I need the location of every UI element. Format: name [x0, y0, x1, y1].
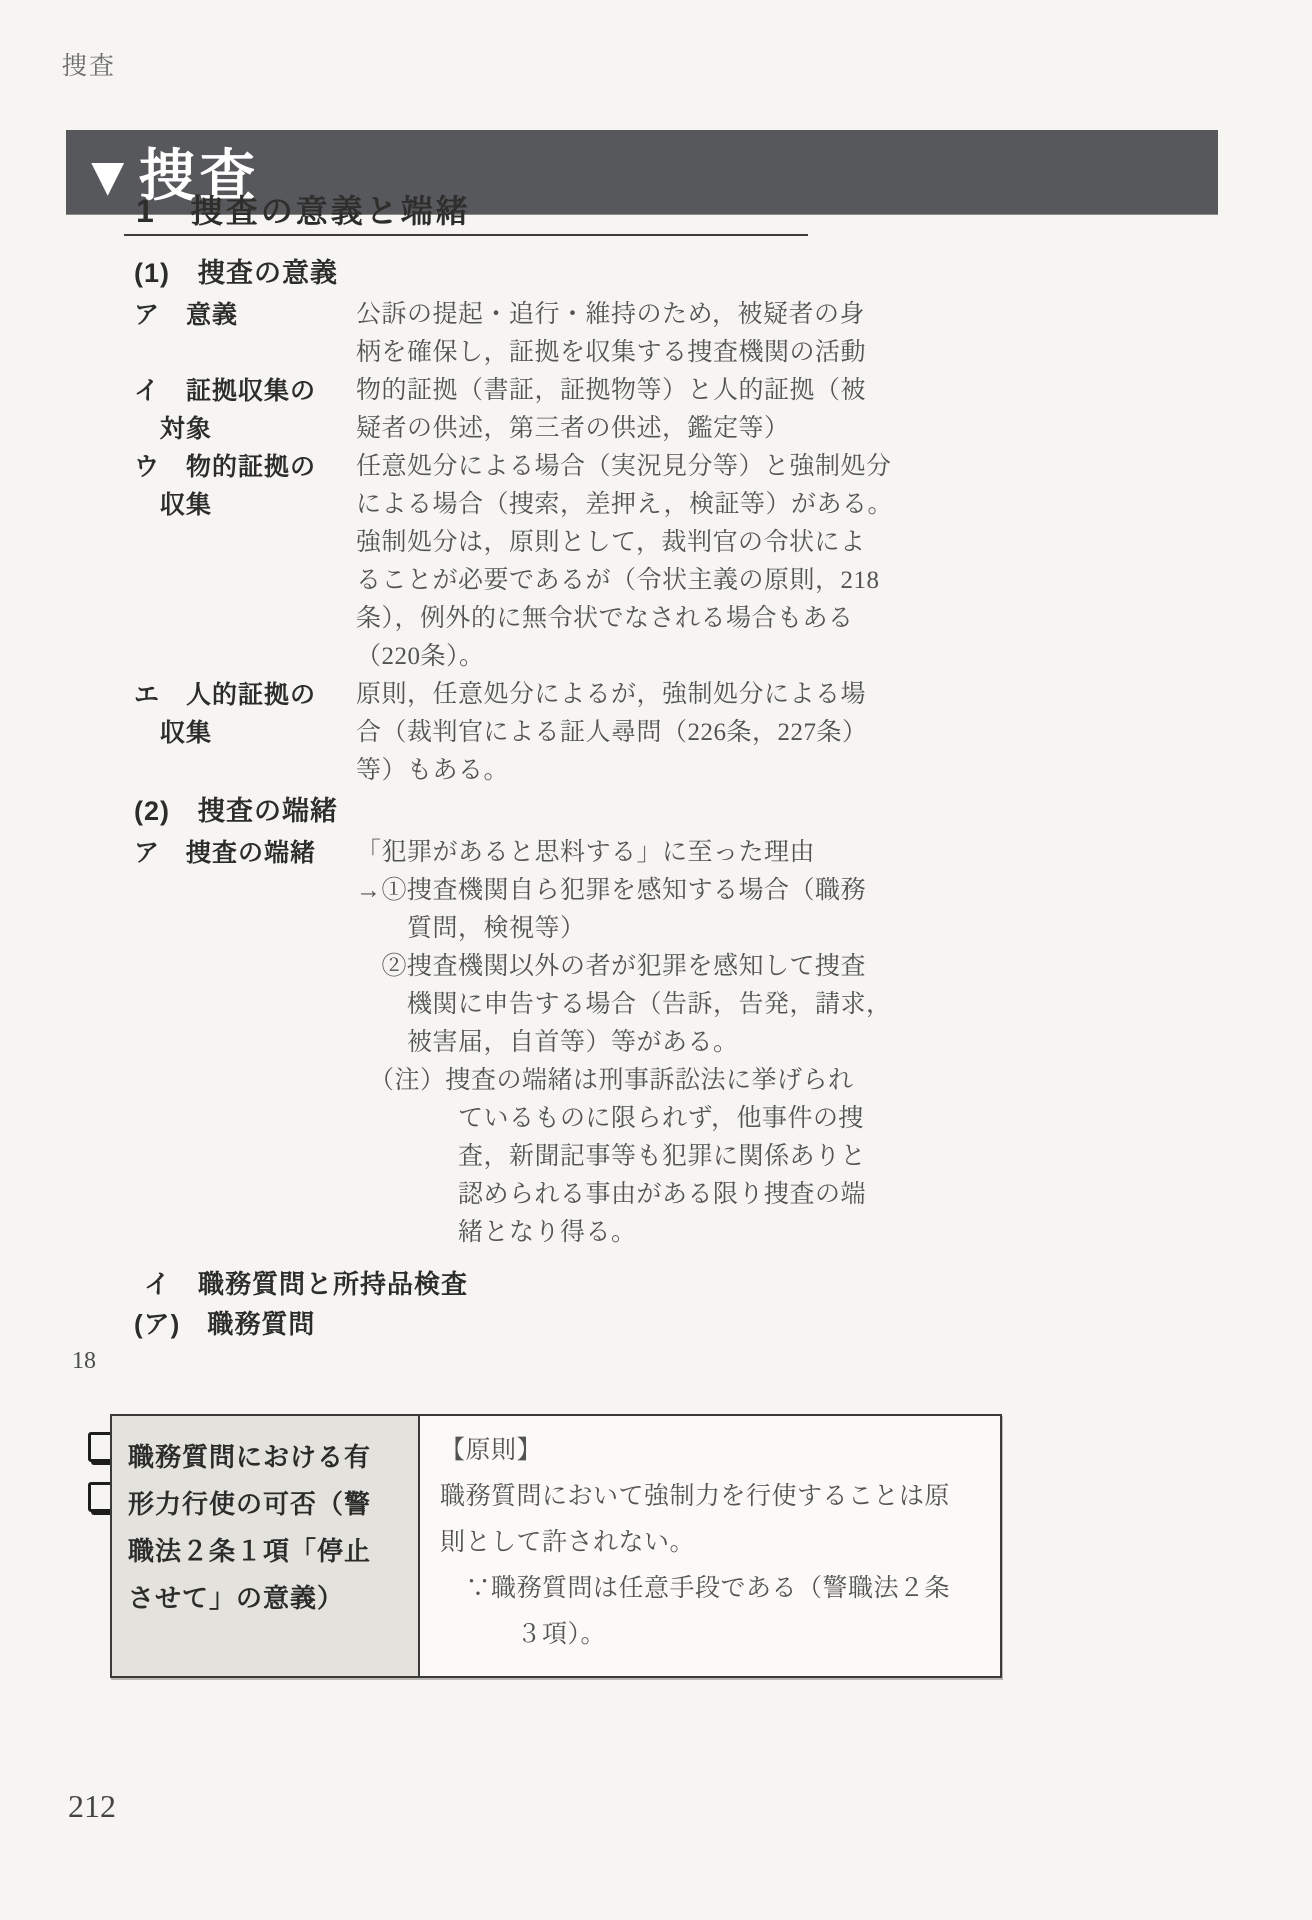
text-line: による場合（捜索，差押え，検証等）がある。: [356, 486, 1010, 524]
section-number: 1: [136, 193, 157, 229]
row-body: 物的証拠（書証，証拠物等）と人的証拠（被疑者の供述，第三者の供述，鑑定等）: [356, 372, 1010, 448]
text-line: 形力行使の可否（警: [128, 1481, 406, 1528]
text-line: 機関に申告する場合（告訴，告発，請求，: [356, 986, 1010, 1024]
text-line: 職務質問において強制力を行使することは原: [440, 1474, 984, 1520]
text-line: ３項）。: [440, 1612, 984, 1658]
item-heading-shokumu-shitsumon: イ 職務質問と所持品検査: [144, 1264, 1010, 1304]
book-page: 捜査 ▼捜査 1捜査の意義と端緒 (1) 捜査の意義 ア 意義 公訴の提起・追行…: [0, 0, 1312, 1920]
row-body: 「犯罪があると思料する」に至った理由→①捜査機関自ら犯罪を感知する場合（職務 質…: [356, 834, 1010, 1252]
text-line: 合（裁判官による証人尋問（226条，227条）: [356, 714, 1010, 752]
text-line: ア 捜査の端緒: [134, 834, 356, 872]
text-line: エ 人的証拠の: [134, 676, 356, 714]
text-line: →①捜査機関自ら犯罪を感知する場合（職務: [356, 872, 1010, 910]
section-title: 捜査の意義と端緒: [191, 193, 471, 229]
text-line: 条），例外的に無令状でなされる場合もある: [356, 600, 1010, 638]
row-label: ア 意義: [134, 296, 356, 334]
text-line: 「犯罪があると思料する」に至った理由: [356, 834, 1010, 872]
text-line: 認められる事由がある限り捜査の端: [356, 1176, 1010, 1214]
text-line: 職務質問における有: [128, 1434, 406, 1481]
text-line: 査，新聞記事等も犯罪に関係ありと: [356, 1138, 1010, 1176]
running-header: 捜査: [62, 46, 116, 82]
text-line: 質問，検視等）: [356, 910, 1010, 948]
section-heading-underline: [124, 234, 808, 236]
row-label: イ 証拠収集の 対象: [134, 372, 356, 448]
subsection-heading-2: (2) 捜査の端緒: [134, 792, 1010, 830]
subsection-heading-1: (1) 捜査の意義: [134, 254, 1010, 292]
text-line: ているものに限られず，他事件の捜: [356, 1100, 1010, 1138]
row-body: 公訴の提起・追行・維持のため，被疑者の身柄を確保し，証拠を収集する捜査機関の活動: [356, 296, 1010, 372]
section-heading: 1捜査の意義と端緒: [136, 186, 471, 232]
row-body: 原則，任意処分によるが，強制処分による場合（裁判官による証人尋問（226条，22…: [356, 676, 1010, 790]
text-line: 物的証拠（書証，証拠物等）と人的証拠（被: [356, 372, 1010, 410]
text-line: ることが必要であるが（令状主義の原則，218: [356, 562, 1010, 600]
text-line: 柄を確保し，証拠を収集する捜査機関の活動: [356, 334, 1010, 372]
text-line: 対象: [134, 410, 356, 448]
outline-row-a-meaning: ア 意義 公訴の提起・追行・維持のため，被疑者の身柄を確保し，証拠を収集する捜査…: [134, 296, 1010, 372]
text-line: 収集: [134, 486, 356, 524]
text-line: （220条）。: [356, 638, 1010, 676]
outline-row-u-physical-evidence: ウ 物的証拠の 収集 任意処分による場合（実況見分等）と強制処分による場合（捜索…: [134, 448, 1010, 676]
outline-content: (1) 捜査の意義 ア 意義 公訴の提起・追行・維持のため，被疑者の身柄を確保し…: [134, 252, 1010, 1344]
text-line: （注）捜査の端緒は刑事訴訟法に挙げられ: [356, 1062, 1010, 1100]
text-line: 収集: [134, 714, 356, 752]
row-label: エ 人的証拠の 収集: [134, 676, 356, 752]
text-line: ②捜査機関以外の者が犯罪を感知して捜査: [356, 948, 1010, 986]
page-number: 212: [68, 1788, 116, 1825]
row-body: 任意処分による場合（実況見分等）と強制処分による場合（捜索，差押え，検証等）があ…: [356, 448, 1010, 676]
row-label: ア 捜査の端緒: [134, 834, 356, 872]
table-topic-cell: 職務質問における有形力行使の可否（警職法２条１項「停止させて」の意義）: [112, 1416, 420, 1676]
text-line: 被害届，自首等）等がある。: [356, 1024, 1010, 1062]
outline-row-a-investigation-clue: ア 捜査の端緒 「犯罪があると思料する」に至った理由→①捜査機関自ら犯罪を感知す…: [134, 834, 1010, 1252]
table-answer-cell: 【原則】職務質問において強制力を行使することは原則として許されない。 ∵職務質問…: [420, 1416, 1000, 1676]
text-line: 等）もある。: [356, 752, 1010, 790]
summary-table: 職務質問における有形力行使の可否（警職法２条１項「停止させて」の意義） 【原則】…: [110, 1414, 1002, 1678]
text-line: 職法２条１項「停止: [128, 1528, 406, 1575]
text-line: 則として許されない。: [440, 1520, 984, 1566]
outline-row-i-evidence-target: イ 証拠収集の 対象 物的証拠（書証，証拠物等）と人的証拠（被疑者の供述，第三者…: [134, 372, 1010, 448]
text-line: させて」の意義）: [128, 1575, 406, 1622]
text-line: 強制処分は，原則として，裁判官の令状によ: [356, 524, 1010, 562]
item-heading-shokumu-shitsumon-a: (ア) 職務質問: [134, 1304, 1010, 1344]
text-line: ア 意義: [134, 296, 356, 334]
text-line: 原則，任意処分によるが，強制処分による場: [356, 676, 1010, 714]
text-line: 公訴の提起・追行・維持のため，被疑者の身: [356, 296, 1010, 334]
text-line: 緒となり得る。: [356, 1214, 1010, 1252]
text-line: ∵職務質問は任意手段である（警職法２条: [440, 1566, 984, 1612]
text-line: 任意処分による場合（実況見分等）と強制処分: [356, 448, 1010, 486]
text-line: 疑者の供述，第三者の供述，鑑定等）: [356, 410, 1010, 448]
text-line: 【原則】: [440, 1428, 984, 1474]
margin-number: 18: [72, 1348, 96, 1375]
text-line: イ 証拠収集の: [134, 372, 356, 410]
row-label: ウ 物的証拠の 収集: [134, 448, 356, 524]
outline-row-e-personal-evidence: エ 人的証拠の 収集 原則，任意処分によるが，強制処分による場合（裁判官による証…: [134, 676, 1010, 790]
text-line: ウ 物的証拠の: [134, 448, 356, 486]
